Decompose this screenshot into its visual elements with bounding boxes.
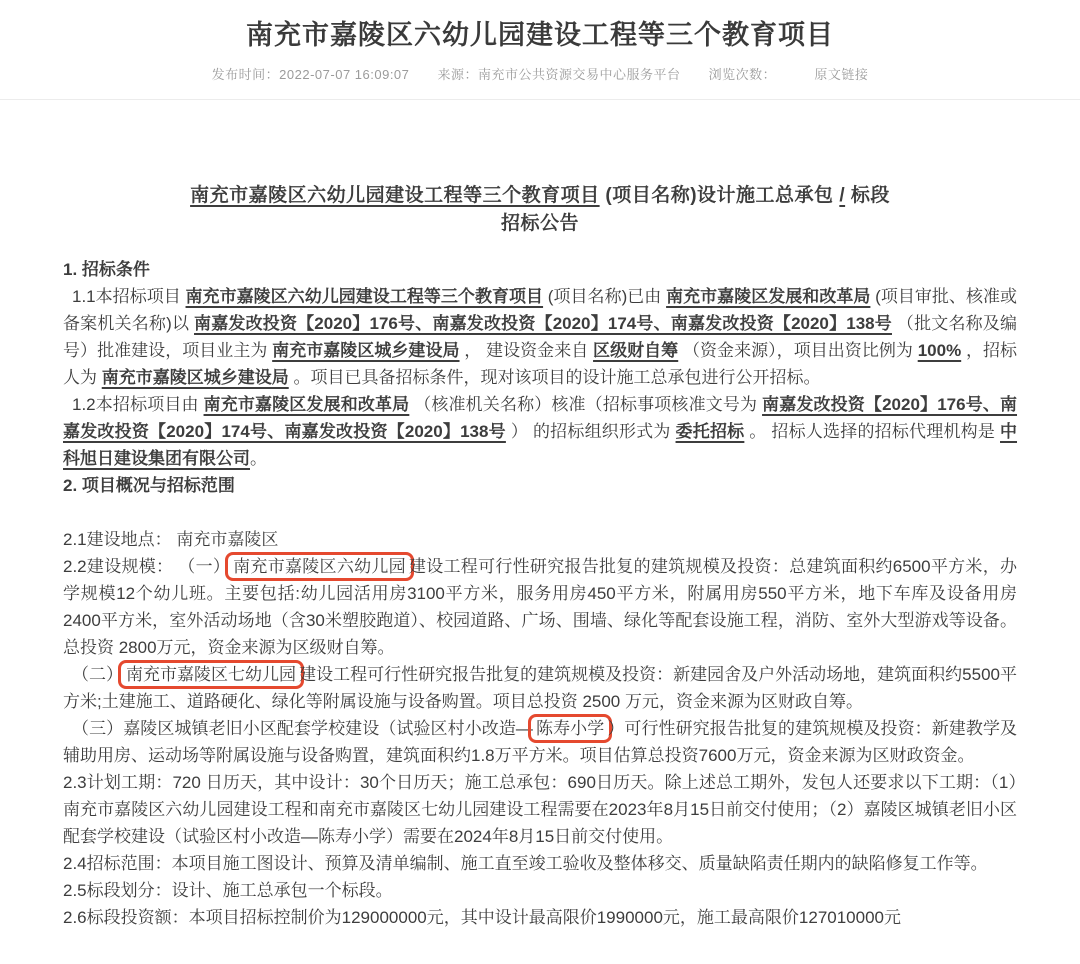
text-segment: 委托招标	[676, 422, 745, 441]
para-2-2-item2: （二）南充市嘉陵区七幼儿园建设工程可行性研究报告批复的建筑规模及投资：新建园舍及…	[63, 661, 1017, 715]
para-2-5: 2.5标段划分：设计、施工总承包一个标段。	[63, 877, 1017, 904]
document-body: 南充市嘉陵区六幼儿园建设工程等三个教育项目 (项目名称)设计施工总承包 / 标段…	[63, 100, 1017, 931]
page-header: 南充市嘉陵区六幼儿园建设工程等三个教育项目 发布时间：2022-07-07 16…	[0, 0, 1080, 99]
meta-bar: 发布时间：2022-07-07 16:09:07 来源：南充市公共资源交易中心服…	[0, 64, 1080, 99]
para-2-6: 2.6标段投资额：本项目招标控制价为129000000元，其中设计最高限价199…	[63, 904, 1017, 931]
text-segment: 南充市嘉陵区六幼儿园建设工程等三个教育项目	[186, 287, 544, 306]
spacer	[63, 499, 1017, 526]
text-segment: ） 的招标组织形式为	[506, 422, 676, 441]
text-segment: 标段	[845, 185, 890, 206]
text-segment: 南充市嘉陵区六幼儿园建设工程等三个教育项目	[190, 185, 600, 206]
text-segment: （二）	[72, 665, 123, 684]
text-segment: 南充市嘉陵区发展和改革局	[666, 287, 870, 306]
para-2-4: 2.4招标范围：本项目施工图设计、预算及清单编制、施工直至竣工验收及整体移交、质…	[63, 850, 1017, 877]
para-2-3: 2.3计划工期：720 日历天，其中设计：30个日历天；施工总承包：690日历天…	[63, 769, 1017, 850]
text-segment: ， 建设资金来自	[460, 341, 594, 360]
publish-time-label: 发布时间：	[212, 67, 280, 82]
text-segment: (项目名称)已由	[543, 287, 666, 306]
text-segment: （核准机关名称）核准（招标事项核准文号为	[409, 395, 762, 414]
text-segment: 1.2本招标项目由	[72, 395, 204, 414]
text-segment: 。项目已具备招标条件，现对该项目的设计施工总承包进行公开招标。	[289, 368, 821, 387]
document-subtitle: 招标公告	[63, 210, 1017, 238]
para-1-2: 1.2本招标项目由 南充市嘉陵区发展和改革局 （核准机关名称）核准（招标事项核准…	[63, 391, 1017, 472]
publish-time-value: 2022-07-07 16:09:07	[279, 67, 409, 82]
text-segment: 2.2建设规模： （一）	[63, 557, 230, 576]
section-1-heading: 1. 招标条件	[63, 256, 1017, 283]
red-annotation-box: 南充市嘉陵区七幼儿园	[118, 660, 304, 689]
text-segment: 南充市嘉陵区城乡建设局	[102, 368, 289, 387]
para-1-1: 1.1本招标项目 南充市嘉陵区六幼儿园建设工程等三个教育项目 (项目名称)已由 …	[63, 283, 1017, 391]
views-label: 浏览次数：	[709, 67, 777, 82]
text-segment: (项目名称)设计施工总承包	[600, 185, 840, 206]
source-value: 南充市公共资源交易中心服务平台	[478, 67, 681, 82]
text-segment: 100%	[918, 341, 961, 360]
para-2-1: 2.1建设地点： 南充市嘉陵区	[63, 526, 1017, 553]
text-segment: 区级财自筹	[593, 341, 678, 360]
text-segment: 。 招标人选择的招标代理机构是	[744, 422, 1000, 441]
text-segment: 。	[250, 449, 267, 468]
text-segment: 南嘉发改投资【2020】176号、南嘉发改投资【2020】174号、南嘉发改投资…	[194, 314, 892, 333]
section-2-heading: 2. 项目概况与招标范围	[63, 472, 1017, 499]
text-segment: （三）嘉陵区城镇老旧小区配套学校建设（试验区村小改造—	[72, 719, 533, 738]
para-2-2-item3: （三）嘉陵区城镇老旧小区配套学校建设（试验区村小改造—陈寿小学）可行性研究报告批…	[63, 715, 1017, 769]
para-2-2: 2.2建设规模： （一）南充市嘉陵区六幼儿园建设工程可行性研究报告批复的建筑规模…	[63, 553, 1017, 661]
document-title: 南充市嘉陵区六幼儿园建设工程等三个教育项目 (项目名称)设计施工总承包 / 标段	[63, 182, 1017, 210]
red-annotation-box: 南充市嘉陵区六幼儿园	[225, 552, 414, 581]
page-title: 南充市嘉陵区六幼儿园建设工程等三个教育项目	[0, 18, 1080, 52]
text-segment: 1.1本招标项目	[72, 287, 186, 306]
red-annotation-box: 陈寿小学	[528, 714, 612, 743]
text-segment: （资金来源），项目出资比例为	[678, 341, 917, 360]
text-segment: 南充市嘉陵区城乡建设局	[272, 341, 459, 360]
original-link[interactable]: 原文链接	[814, 67, 868, 82]
text-segment: 南充市嘉陵区发展和改革局	[204, 395, 410, 414]
source-label: 来源：	[438, 67, 479, 82]
